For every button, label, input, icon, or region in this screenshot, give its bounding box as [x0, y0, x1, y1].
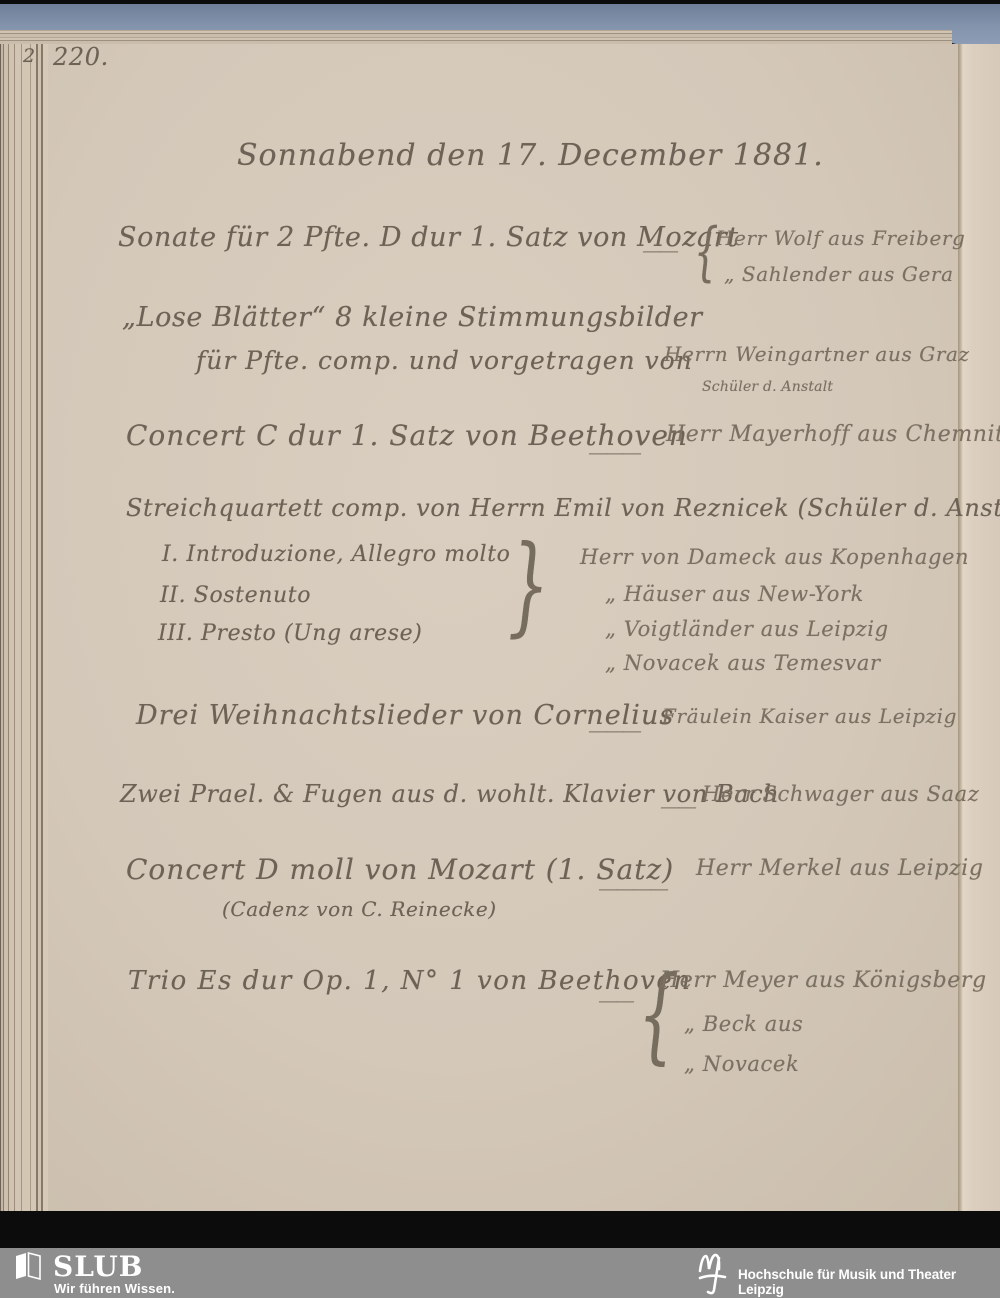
slub-tagline: Wir führen Wissen.	[54, 1281, 175, 1296]
edge-page-number: 2	[23, 47, 36, 66]
movement-line: I. Introduzione, Allegro molto	[162, 544, 510, 566]
digitized-manuscript-page: { "manuscript": { "edge_page_number": "2…	[0, 0, 1000, 1298]
work-title-concert-dmoll: Concert D moll von Mozart (1. Satz)	[126, 856, 674, 884]
page-number: 220.	[53, 45, 109, 69]
performer-line: Herr Schwager aus Saaz	[702, 784, 979, 805]
hmt-monogram-icon	[694, 1249, 730, 1297]
manuscript-scan: 2 220. Sonnabend den 17. December 1881. …	[0, 44, 1000, 1211]
performer-line: Herrn Weingartner aus Graz	[664, 344, 970, 364]
connector-dash: ———	[588, 442, 639, 462]
connector-dash: ——	[642, 240, 676, 260]
performer-line: „ Novacek aus Temesvar	[605, 653, 881, 674]
performer-line: „ Sahlender aus Gera	[724, 264, 954, 284]
work-title-lose-blaetter: „Lose Blätter“ 8 kleine Stimmungsbilder	[122, 304, 703, 331]
performer-line: „ Beck aus	[684, 1014, 803, 1035]
performer-line: „ Novacek	[684, 1054, 799, 1075]
work-title-streichquartett: Streichquartett comp. von Herrn Emil von…	[126, 496, 1000, 520]
connector-dash: ——	[660, 796, 694, 816]
performer-line: Herr Merkel aus Leipzig	[696, 858, 984, 880]
concert-date-title: Sonnabend den 17. December 1881.	[237, 141, 824, 171]
work-subtitle: für Pfte. comp. und vorgetragen von	[196, 348, 693, 373]
page-stack-left-edges	[0, 44, 48, 1211]
slub-logo-text: SLUB	[53, 1250, 143, 1283]
movement-line: II. Sostenuto	[160, 585, 311, 607]
performer-line: „ Häuser aus New-York	[605, 584, 864, 605]
performer-line: Herr Wolf aus Freiberg	[716, 228, 965, 248]
movement-brace: }	[508, 532, 550, 640]
connector-dash: ————	[598, 878, 666, 898]
performer-note: Schüler d. Anstalt	[702, 380, 833, 394]
cadenza-note: (Cadenz von C. Reinecke)	[222, 899, 497, 919]
movement-line: III. Presto (Ung arese)	[158, 623, 422, 645]
slub-open-book-icon	[14, 1252, 42, 1280]
hmt-institution-name: Hochschule für Musik und Theater Leipzig	[738, 1267, 1000, 1297]
library-footer-bar: SLUB Wir führen Wissen. Hochschule für M…	[0, 1248, 1000, 1298]
page-gutter-right	[958, 44, 1000, 1211]
performer-line: Herr von Dameck aus Kopenhagen	[580, 547, 969, 568]
performer-line: Herr Mayerhoff aus Chemnitz	[666, 424, 1000, 446]
performer-line: „ Voigtländer aus Leipzig	[605, 619, 889, 640]
connector-dash: ———	[588, 720, 639, 740]
performer-line: Fräulein Kaiser aus Leipzig	[662, 706, 957, 726]
connector-dash: ——	[598, 990, 632, 1010]
performer-line: Herr Meyer aus Königsberg	[660, 970, 987, 992]
